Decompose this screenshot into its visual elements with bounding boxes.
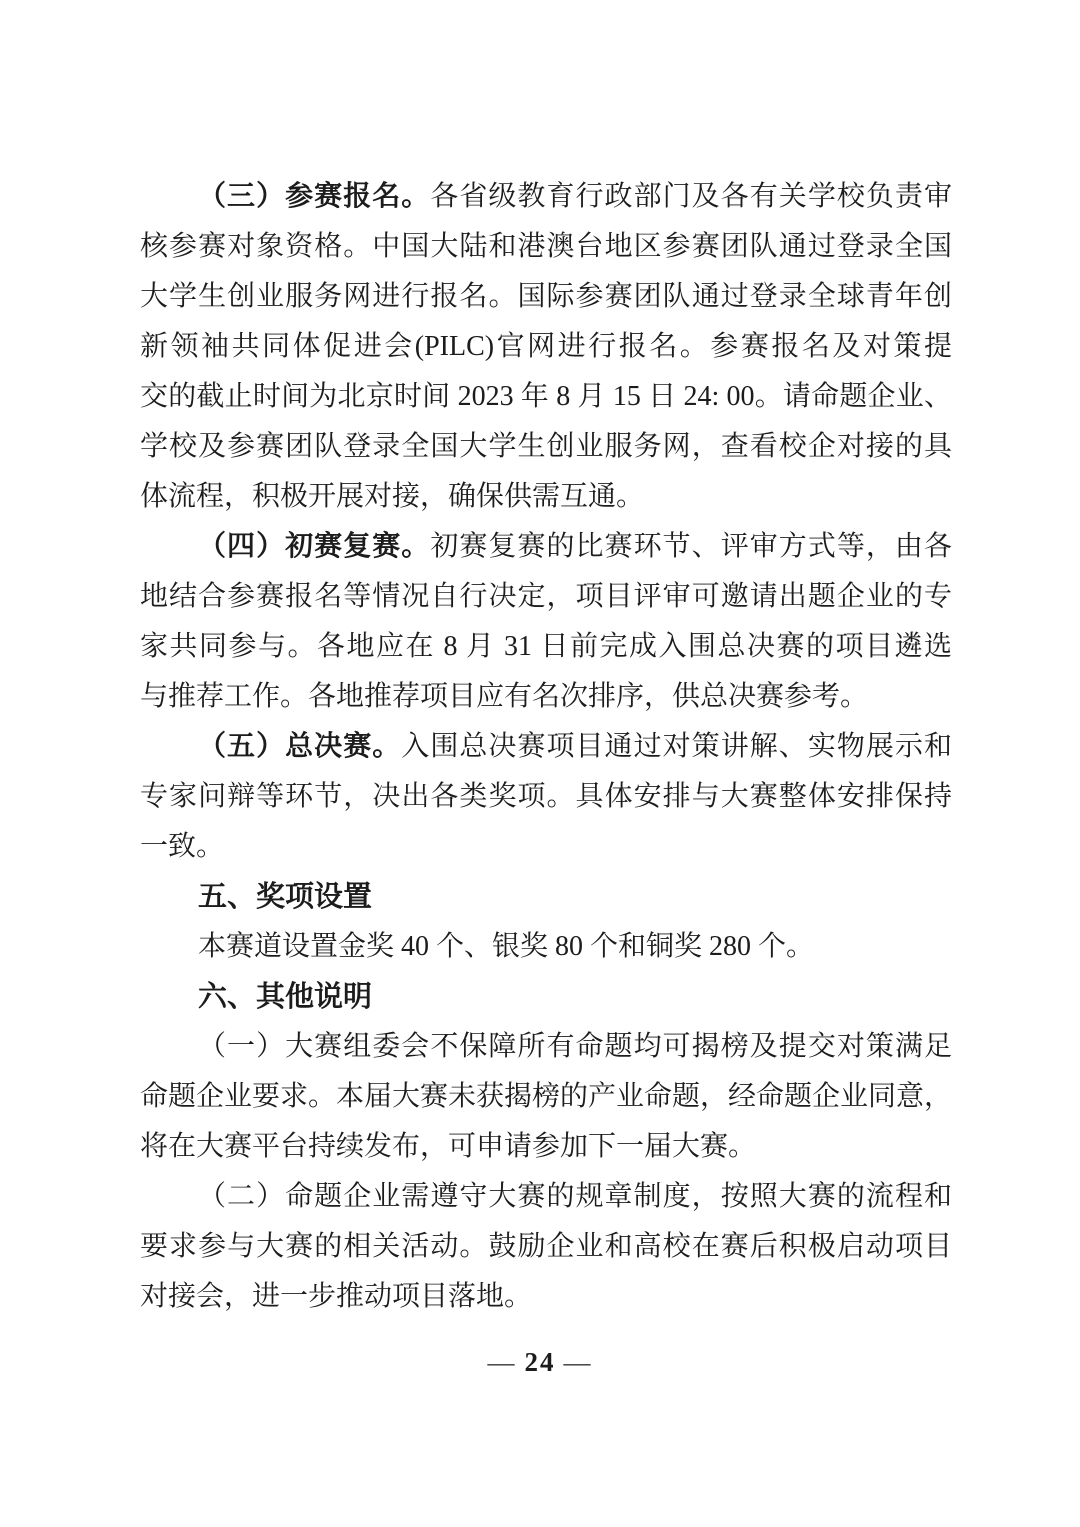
paragraph-preliminary: （四）初赛复赛。初赛复赛的比赛环节、评审方式等，由各 地结合参赛报名等情况自行决… [140,522,952,722]
text-line: 新领袖共同体促进会(PILC)官网进行报名。参赛报名及对策提 [140,322,952,372]
footer-right-dash: — [564,1347,593,1377]
paragraph-registration: （三）参赛报名。各省级教育行政部门及各有关学校负责审 核参赛对象资格。中国大陆和… [140,172,952,522]
text-run: 各省级教育行政部门及各有关学校负责审 [430,181,952,212]
text-line: （五）总决赛。入围总决赛项目通过对策讲解、实物展示和 [140,722,952,772]
paragraph-lead: （四）初赛复赛。 [198,531,430,562]
text-line: 一致。 [140,822,952,872]
footer-left-dash: — [488,1347,517,1377]
text-line: 大学生创业服务网进行报名。国际参赛团队通过登录全球青年创 [140,272,952,322]
section-heading-other-notes: 六、其他说明 [140,972,952,1022]
text-line: 核参赛对象资格。中国大陆和港澳台地区参赛团队通过登录全国 [140,222,952,272]
section-heading-awards: 五、奖项设置 [140,872,952,922]
text-line: 地结合参赛报名等情况自行决定，项目评审可邀请出题企业的专 [140,572,952,622]
text-line: （三）参赛报名。各省级教育行政部门及各有关学校负责审 [140,172,952,222]
paragraph-note-one: （一）大赛组委会不保障所有命题均可揭榜及提交对策满足 命题企业要求。本届大赛未获… [140,1022,952,1172]
text-line: 体流程，积极开展对接，确保供需互通。 [140,472,952,522]
text-run: 初赛复赛的比赛环节、评审方式等，由各 [430,531,952,562]
paragraph-lead: （五）总决赛。 [198,731,401,762]
text-line: 将在大赛平台持续发布，可申请参加下一届大赛。 [140,1122,952,1172]
text-run: 入围总决赛项目通过对策讲解、实物展示和 [401,731,952,762]
text-line: 对接会，进一步推动项目落地。 [140,1272,952,1322]
text-line: 与推荐工作。各地推荐项目应有名次排序，供总决赛参考。 [140,672,952,722]
text-line: （四）初赛复赛。初赛复赛的比赛环节、评审方式等，由各 [140,522,952,572]
paragraph-lead: （三）参赛报名。 [198,181,430,212]
text-line: （二）命题企业需遵守大赛的规章制度，按照大赛的流程和 [140,1172,952,1222]
page-number: 24 [517,1347,564,1377]
text-line: 专家问辩等环节，决出各类奖项。具体安排与大赛整体安排保持 [140,772,952,822]
text-line: 命题企业要求。本届大赛未获揭榜的产业命题，经命题企业同意， [140,1072,952,1122]
awards-text-line: 本赛道设置金奖 40 个、银奖 80 个和铜奖 280 个。 [140,922,952,972]
text-line: 家共同参与。各地应在 8 月 31 日前完成入围总决赛的项目遴选 [140,622,952,672]
text-line: （一）大赛组委会不保障所有命题均可揭榜及提交对策满足 [140,1022,952,1072]
text-line: 学校及参赛团队登录全国大学生创业服务网，查看校企对接的具 [140,422,952,472]
paragraph-note-two: （二）命题企业需遵守大赛的规章制度，按照大赛的流程和 要求参与大赛的相关活动。鼓… [140,1172,952,1322]
document-page: （三）参赛报名。各省级教育行政部门及各有关学校负责审 核参赛对象资格。中国大陆和… [0,0,1080,1527]
page-footer: —24— [0,1342,1080,1382]
paragraph-final: （五）总决赛。入围总决赛项目通过对策讲解、实物展示和 专家问辩等环节，决出各类奖… [140,722,952,872]
text-line: 交的截止时间为北京时间 2023 年 8 月 15 日 24: 00。请命题企业… [140,372,952,422]
document-body: （三）参赛报名。各省级教育行政部门及各有关学校负责审 核参赛对象资格。中国大陆和… [140,172,952,1322]
text-line: 要求参与大赛的相关活动。鼓励企业和高校在赛后积极启动项目 [140,1222,952,1272]
